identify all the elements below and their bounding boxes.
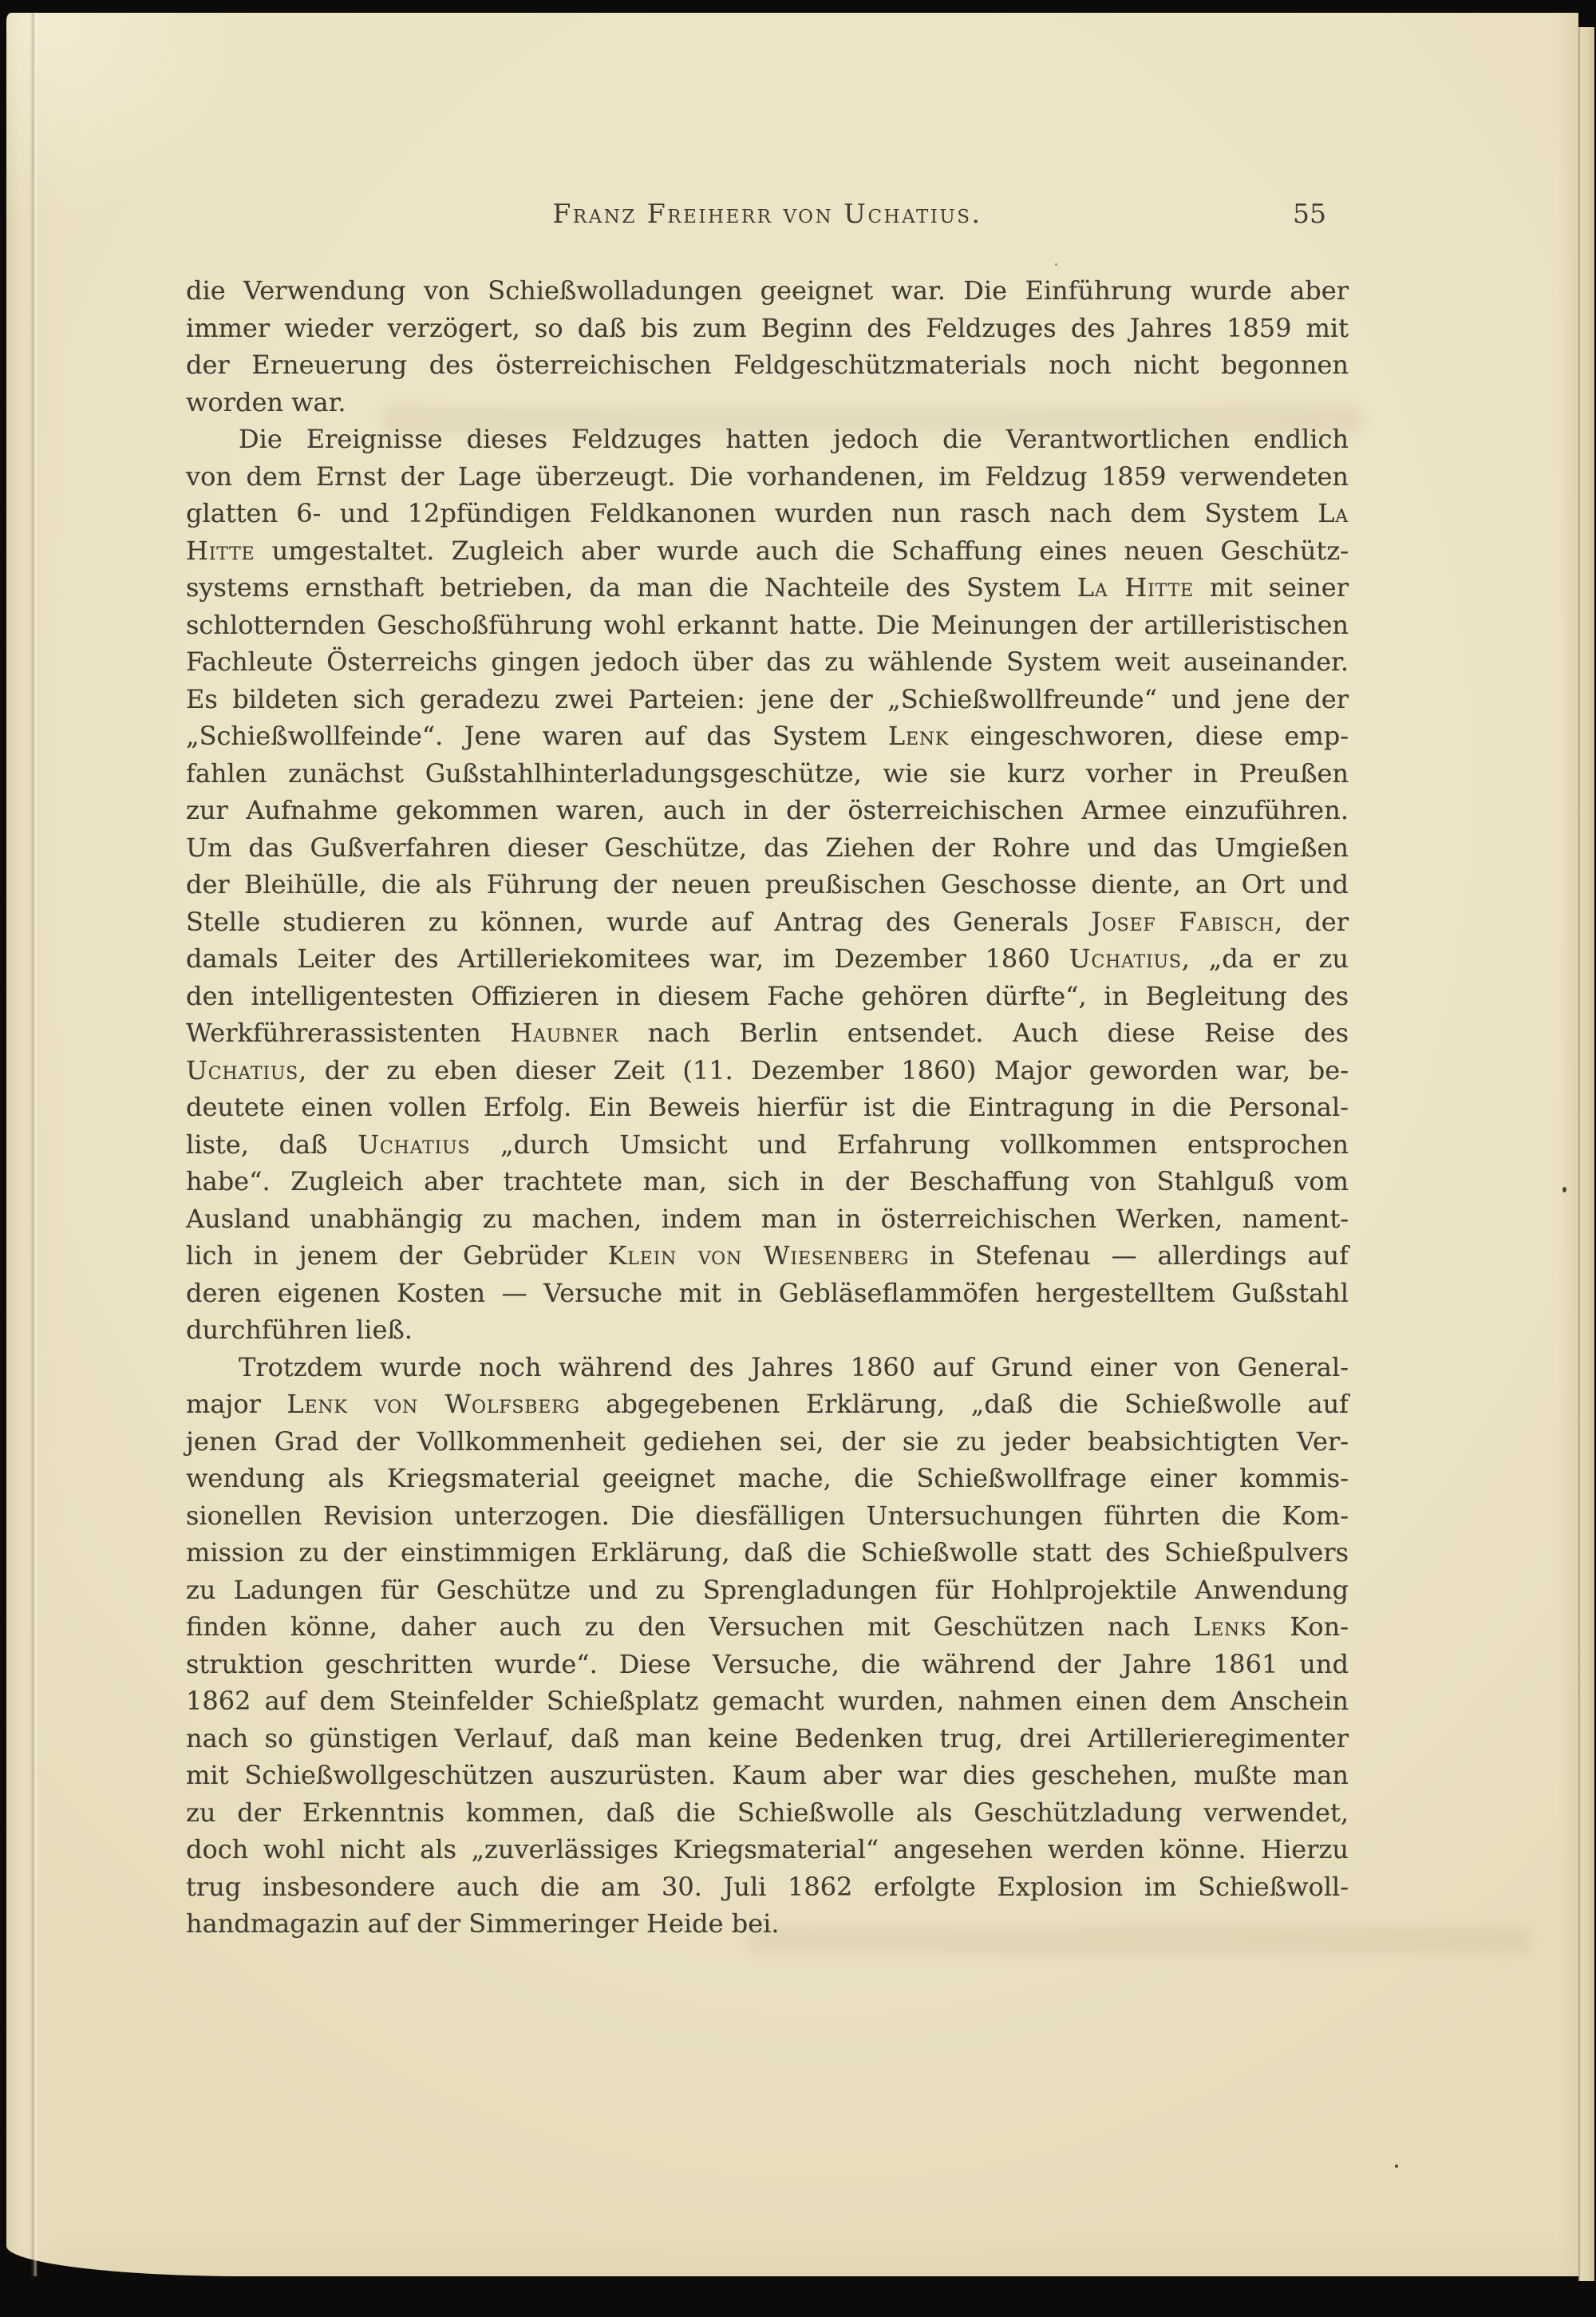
paragraph: Trotzdem wurde noch während des Jahres 1… <box>186 1349 1349 1943</box>
text-line: Fachleute Österreichs gingen jedoch über… <box>186 643 1349 681</box>
text-line: damals Leiter des Artilleriekomitees war… <box>186 940 1349 978</box>
text-line: major Lenk von Wolfsberg abgegebenen Erk… <box>186 1386 1349 1423</box>
text-line: wendung als Kriegsmaterial geeignet mach… <box>186 1460 1349 1497</box>
running-head: Franz Freiherr von Uchatius. 55 <box>186 198 1349 233</box>
text-line: handmagazin auf der Simmeringer Heide be… <box>186 1905 1349 1943</box>
text-line: von dem Ernst der Lage überzeugt. Die vo… <box>186 458 1349 496</box>
smallcaps-name: Klein von Wiesenberg <box>608 1240 910 1271</box>
paragraph: die Verwendung von Schießwolladungen gee… <box>186 272 1349 421</box>
text-line: zur Aufnahme gekommen waren, auch in der… <box>186 792 1349 829</box>
text-line: schlotternden Geschoßführung wohl erkann… <box>186 607 1349 644</box>
text-line: doch wohl nicht als „zuverlässiges Krieg… <box>186 1831 1349 1868</box>
text-line: liste, daß Uchatius „durch Umsicht und E… <box>186 1126 1349 1164</box>
text-line: struktion geschritten wurde“. Diese Vers… <box>186 1646 1349 1683</box>
text-line: jenen Grad der Vollkommenheit gediehen s… <box>186 1423 1349 1461</box>
smallcaps-name: Lenk <box>888 721 949 751</box>
text-line: nach so günstigen Verlauf, daß man keine… <box>186 1720 1349 1758</box>
book-photograph: Franz Freiherr von Uchatius. 55 die Verw… <box>0 0 1596 2317</box>
smallcaps-name: Haubner <box>510 1018 618 1048</box>
text-line: lich in jenem der Gebrüder Klein von Wie… <box>186 1237 1349 1275</box>
text-line: 1862 auf dem Steinfelder Schießplatz gem… <box>186 1682 1349 1720</box>
text-line: Trotzdem wurde noch während des Jahres 1… <box>186 1349 1349 1386</box>
text-line: trug insbesondere auch die am 30. Juli 1… <box>186 1868 1349 1906</box>
text-line: Werkführerassistenten Haubner nach Berli… <box>186 1014 1349 1052</box>
smallcaps-name: Uchatius <box>1069 943 1182 974</box>
text-line: Ausland unabhängig zu machen, indem man … <box>186 1200 1349 1238</box>
smallcaps-name: Lenk von Wolfsberg <box>286 1389 579 1419</box>
page-title: Franz Freiherr von Uchatius. <box>186 198 1349 229</box>
text-line: Es bildeten sich geradezu zwei Parteien:… <box>186 681 1349 718</box>
text-line: finden könne, daher auch zu den Versuche… <box>186 1608 1349 1646</box>
text-line: Um das Gußverfahren dieser Geschütze, da… <box>186 829 1349 867</box>
text-block: Franz Freiherr von Uchatius. 55 die Verw… <box>186 198 1349 233</box>
text-line: fahlen zunächst Gußstahlhinterladungsges… <box>186 755 1349 793</box>
text-line: immer wieder verzögert, so daß bis zum B… <box>186 310 1349 347</box>
text-line: glatten 6- und 12pfündigen Feldkanonen w… <box>186 495 1349 532</box>
text-line: mission zu der einstimmigen Erklärung, d… <box>186 1534 1349 1572</box>
text-line: systems ernsthaft betrieben, da man die … <box>186 569 1349 607</box>
text-line: habe“. Zugleich aber trachtete man, sich… <box>186 1163 1349 1200</box>
text-line: deutete einen vollen Erfolg. Ein Beweis … <box>186 1089 1349 1126</box>
smallcaps-name: Lenks <box>1193 1611 1266 1642</box>
text-line: sionellen Revision unterzogen. Die diesf… <box>186 1497 1349 1535</box>
smallcaps-name: Uchatius <box>186 1055 298 1085</box>
binding-crease <box>30 13 38 2276</box>
text-line: die Verwendung von Schießwolladungen gee… <box>186 272 1349 310</box>
text-line: Hitte umgestaltet. Zugleich aber wurde a… <box>186 532 1349 570</box>
smallcaps-name: Uchatius <box>358 1129 470 1160</box>
text-line: den intelligentesten Offizieren in diese… <box>186 978 1349 1015</box>
smallcaps-name: La <box>1317 498 1349 528</box>
smallcaps-name: Hitte <box>186 536 255 566</box>
smallcaps-name: La Hitte <box>1077 572 1194 603</box>
text-line: Uchatius, der zu eben dieser Zeit (11. D… <box>186 1052 1349 1089</box>
text-line: deren eigenen Kosten — Versuche mit in G… <box>186 1275 1349 1312</box>
text-line: durchführen ließ. <box>186 1311 1349 1349</box>
smallcaps-name: Josef Fabisch <box>1091 907 1274 937</box>
text-line: Die Ereignisse dieses Feldzuges hatten j… <box>186 421 1349 458</box>
text-line: worden war. <box>186 384 1349 421</box>
text-line: der Erneuerung des österreichischen Feld… <box>186 346 1349 384</box>
page-number: 55 <box>1293 198 1326 229</box>
text-line: „Schießwollfeinde“. Jene waren auf das S… <box>186 718 1349 755</box>
stacked-page-edges <box>1578 27 1594 2281</box>
body-text: die Verwendung von Schießwolladungen gee… <box>186 272 1349 1943</box>
text-line: zu Ladungen für Geschütze und zu Sprengl… <box>186 1572 1349 1609</box>
paragraph: Die Ereignisse dieses Feldzuges hatten j… <box>186 421 1349 1349</box>
text-line: der Bleihülle, die als Führung der neuen… <box>186 866 1349 903</box>
text-line: Stelle studieren zu können, wurde auf An… <box>186 903 1349 941</box>
text-line: mit Schießwollgeschützen auszurüsten. Ka… <box>186 1757 1349 1794</box>
text-line: zu der Erkenntnis kommen, daß die Schieß… <box>186 1794 1349 1832</box>
